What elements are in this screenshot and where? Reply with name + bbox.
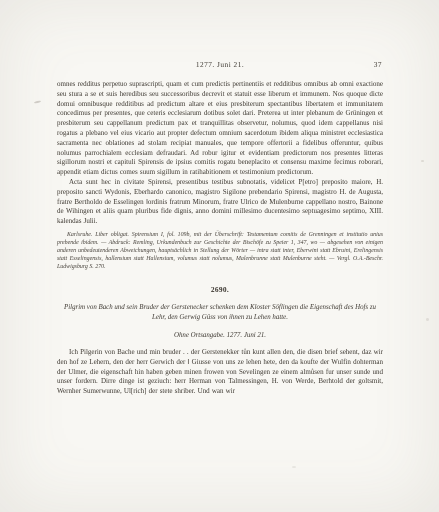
latin-paragraph-continuation: omnes redditus perpetuo suprascripti, qu…	[57, 80, 383, 178]
header-date: 1277. Juni 21.	[57, 60, 383, 69]
charter-body-german: Ich Pilgerin von Bache und min bruder . …	[57, 348, 383, 397]
source-note: Karlsruhe. Liber obligat. Spirensium I, …	[57, 231, 383, 271]
scan-noise-mark	[292, 466, 296, 468]
running-header: 1277. Juni 21. 37	[57, 60, 383, 70]
charter-number: 2690.	[57, 285, 383, 294]
page-number: 37	[374, 60, 382, 69]
text-block: 1277. Juni 21. 37 omnes redditus perpetu…	[57, 60, 383, 397]
scanned-book-page: 1277. Juni 21. 37 omnes redditus perpetu…	[0, 0, 439, 512]
scan-noise-mark	[34, 100, 41, 103]
charter-dateline: Ohne Ortsangabe. 1277. Juni 21.	[57, 332, 383, 339]
latin-paragraph-acta: Acta sunt hec in civitate Spirensi, pres…	[57, 178, 383, 227]
charter-heading: Pilgrim von Bach und sein Bruder der Ger…	[61, 303, 379, 324]
scan-noise-mark	[421, 160, 424, 162]
scan-noise-mark	[426, 318, 429, 321]
